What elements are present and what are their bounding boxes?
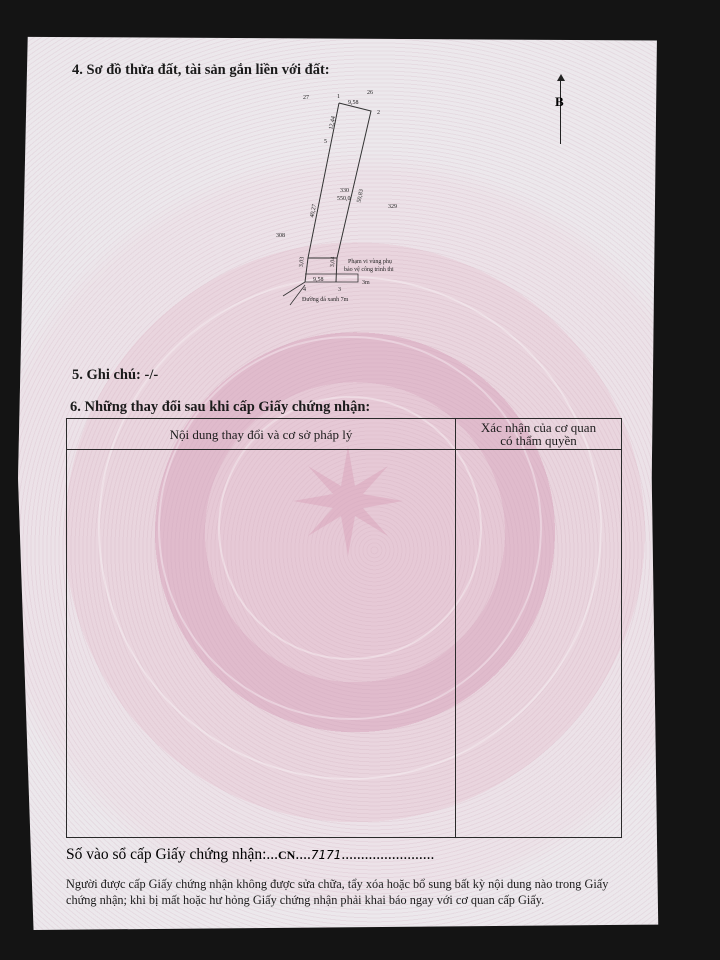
register-label: Số vào sổ cấp Giấy chứng nhận:... (66, 846, 278, 863)
point-3: 3 (338, 287, 341, 293)
neighbor-parcel-27: 27 (303, 95, 309, 101)
col-content-header: Nội dung thay đổi và cơ sở pháp lý (67, 419, 456, 450)
edge-bottom-length: 9,58 (313, 277, 324, 283)
content-cell-empty (67, 450, 456, 838)
buffer-note-line2: bảo vệ công trình thi (344, 267, 394, 273)
point-4: 4 (303, 287, 306, 293)
point-1: 1 (337, 94, 340, 100)
point-5: 5 (324, 139, 327, 145)
parcel-number: 330 (340, 188, 349, 194)
register-dots-right: ........................ (341, 846, 434, 863)
neighbor-parcel-26: 26 (367, 90, 373, 96)
confirmation-cell-empty (456, 450, 622, 838)
parcel-area: 550,0 (337, 196, 351, 202)
buffer-width: 3m (362, 280, 370, 286)
neighbor-parcel-329: 329 (388, 204, 397, 210)
col-confirmation-header: Xác nhận của cơ quan có thẩm quyền (456, 419, 622, 450)
section-6-title: 6. Những thay đổi sau khi cấp Giấy chứng… (70, 399, 370, 416)
left-setback-length: 3,03 (299, 257, 306, 268)
col-confirmation-header-line2: có thẩm quyền (500, 433, 577, 448)
neighbor-parcel-308: 308 (276, 233, 285, 239)
register-number-line: Số vào sổ cấp Giấy chứng nhận:...CN....7… (66, 846, 434, 864)
road-label: Đường đá xanh 7m (302, 297, 348, 303)
register-number-handwritten: 7171 (311, 848, 342, 862)
right-setback-length: 3,04 (330, 257, 337, 268)
register-dots-left: .... (295, 846, 311, 863)
point-2: 2 (377, 110, 380, 116)
changes-table: Nội dung thay đổi và cơ sở pháp lý Xác n… (66, 418, 622, 838)
section-5-notes: 5. Ghi chú: -/- (72, 367, 158, 384)
footer-legal-note: Người được cấp Giấy chứng nhận không đượ… (66, 876, 626, 908)
buffer-note-line1: Phạm vi vùng phụ (348, 259, 392, 265)
edge-top-length: 9,58 (348, 100, 359, 106)
register-prefix: CN (278, 848, 295, 862)
